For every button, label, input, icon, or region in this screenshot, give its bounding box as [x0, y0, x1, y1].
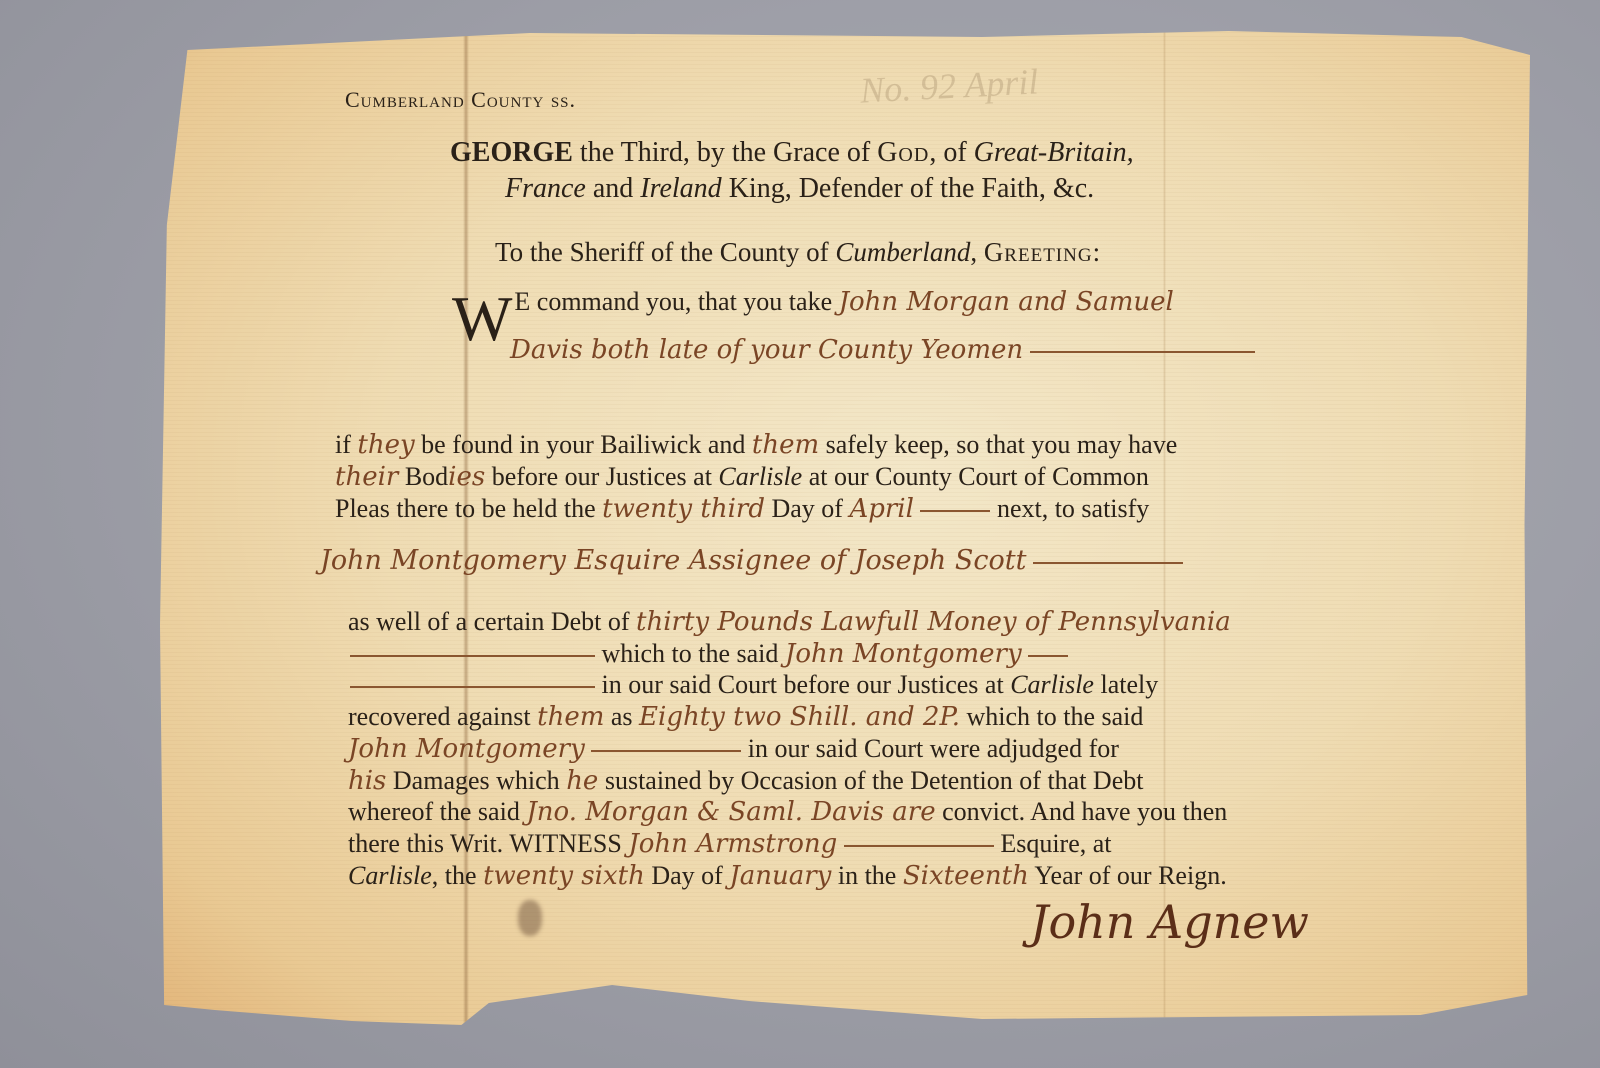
royal-style-line1: GEORGE the Third, by the Grace of God, o…	[450, 137, 1134, 169]
drop-cap: W	[452, 287, 512, 351]
text: Damages which	[393, 766, 560, 795]
handwritten-text: twenty third	[602, 494, 765, 524]
text: there this Writ. WITNESS	[348, 829, 622, 858]
handwritten-text: John Armstrong	[628, 829, 837, 859]
body-line-12: his Damages which he sustained by Occasi…	[348, 766, 1143, 796]
text: whereof the said	[348, 797, 520, 826]
body-line-13: whereof the said Jno. Morgan & Saml. Dav…	[348, 797, 1227, 827]
handwritten-text: Jno. Morgan & Saml. Davis are	[526, 797, 935, 827]
handwritten-text: January	[729, 861, 831, 891]
text: as	[611, 702, 633, 731]
body-line-6: John Montgomery Esquire Assignee of Jose…	[320, 545, 1183, 576]
text: Ireland	[640, 173, 721, 204]
text: the Third, by the Grace of	[573, 137, 877, 168]
text: in the	[838, 861, 897, 890]
text: Carlisle	[1010, 670, 1094, 699]
text: Bod	[405, 462, 448, 491]
handwritten-text: they	[357, 430, 414, 460]
text: recovered against	[348, 702, 531, 731]
blank-rule	[844, 845, 994, 847]
venue-caption: Cumberland County ss.	[345, 87, 576, 113]
body-line-3: if they be found in your Bailiwick and t…	[335, 430, 1177, 460]
text: To the Sheriff of the County of	[495, 237, 835, 267]
king-name: GEORGE	[450, 137, 573, 168]
text: ,	[970, 237, 984, 267]
handwritten-text: twenty sixth	[483, 861, 645, 891]
blank-rule	[350, 655, 595, 657]
text: next, to satisfy	[997, 494, 1149, 523]
blank-rule	[1030, 351, 1255, 353]
text: Esquire, at	[1000, 829, 1111, 858]
document-paper: No. 92 April Cumberland County ss. GEORG…	[160, 25, 1530, 1025]
text: France	[505, 173, 586, 204]
body-line-5: Pleas there to be held the twenty third …	[335, 494, 1149, 524]
body-line-15: Carlisle, the twenty sixth Day of Januar…	[348, 861, 1227, 891]
body-line-4: their Bodies before our Justices at Carl…	[335, 462, 1149, 492]
blank-rule	[591, 750, 741, 752]
text: sustained by Occasion of the Detention o…	[605, 766, 1144, 795]
text: Carlisle	[348, 861, 432, 890]
handwritten-text: John Morgan and Samuel	[839, 287, 1174, 317]
ink-stain	[518, 900, 542, 936]
handwritten-text: Eighty two Shill. and 2P.	[639, 702, 960, 732]
text: which to the said	[966, 702, 1143, 731]
text: , the	[432, 861, 477, 890]
text: which to the said	[602, 639, 779, 668]
blank-rule	[1033, 562, 1183, 564]
text: Carlisle	[718, 462, 802, 491]
handwritten-text: April	[849, 494, 913, 524]
handwritten-text: thirty Pounds Lawfull Money of Pennsylva…	[636, 607, 1231, 637]
text: convict. And have you then	[942, 797, 1227, 826]
text: in our said Court before our Justices at	[602, 670, 1004, 699]
blank-rule	[350, 686, 595, 688]
text: as well of a certain Debt of	[348, 607, 630, 636]
body-line-7: as well of a certain Debt of thirty Poun…	[348, 607, 1231, 637]
text: Cumberland	[835, 237, 970, 267]
handwritten-text: John Montgomery	[348, 734, 585, 764]
blank-rule	[1028, 655, 1068, 657]
text: lately	[1100, 670, 1158, 699]
text: and	[586, 173, 640, 204]
handwritten-text: ies	[448, 462, 485, 492]
text: Pleas there to be held the	[335, 494, 596, 523]
handwritten-text: their	[335, 462, 398, 492]
text: before our Justices at	[492, 462, 712, 491]
text: God	[877, 137, 929, 168]
text: Great-Britain,	[974, 137, 1134, 168]
text: safely keep, so that you may have	[826, 430, 1178, 459]
text: if	[335, 430, 351, 459]
body-line-11: John Montgomery in our said Court were a…	[348, 734, 1119, 764]
text: Year of our Reign.	[1034, 861, 1226, 890]
handwritten-text: he	[566, 766, 598, 796]
text: be found in your Bailiwick and	[421, 430, 745, 459]
handwritten-text: them	[752, 430, 819, 460]
handwritten-text: John Montgomery	[785, 639, 1022, 669]
text: , of	[929, 137, 973, 168]
text: Day of	[651, 861, 722, 890]
body-line-2: Davis both late of your County Yeomen	[510, 335, 1255, 365]
body-line-8: which to the said John Montgomery	[350, 639, 1068, 669]
bleed-through-note: No. 92 April	[859, 60, 1039, 111]
body-line-14: there this Writ. WITNESS John Armstrong …	[348, 829, 1112, 859]
body-line-9: in our said Court before our Justices at…	[350, 670, 1158, 700]
body-line-10: recovered against them as Eighty two Shi…	[348, 702, 1143, 732]
handwritten-text: his	[348, 766, 386, 796]
text: E command you, that you take	[514, 287, 832, 316]
handwritten-text: Sixteenth	[903, 861, 1029, 891]
salutation: To the Sheriff of the County of Cumberla…	[495, 237, 1101, 268]
text: in our said Court were adjudged for	[748, 734, 1119, 763]
text: King, Defender of the Faith, &c.	[722, 173, 1094, 204]
blank-rule	[920, 510, 990, 512]
royal-style-line2: France and Ireland King, Defender of the…	[505, 173, 1094, 205]
text: Day of	[771, 494, 842, 523]
text: Greeting:	[984, 237, 1101, 267]
handwritten-text: them	[537, 702, 604, 732]
handwritten-text: John Montgomery Esquire Assignee of Jose…	[320, 545, 1026, 576]
handwritten-text: Davis both late of your County Yeomen	[510, 335, 1023, 365]
text: at our County Court of Common	[809, 462, 1149, 491]
clerk-signature: John Agnew	[1030, 895, 1309, 949]
